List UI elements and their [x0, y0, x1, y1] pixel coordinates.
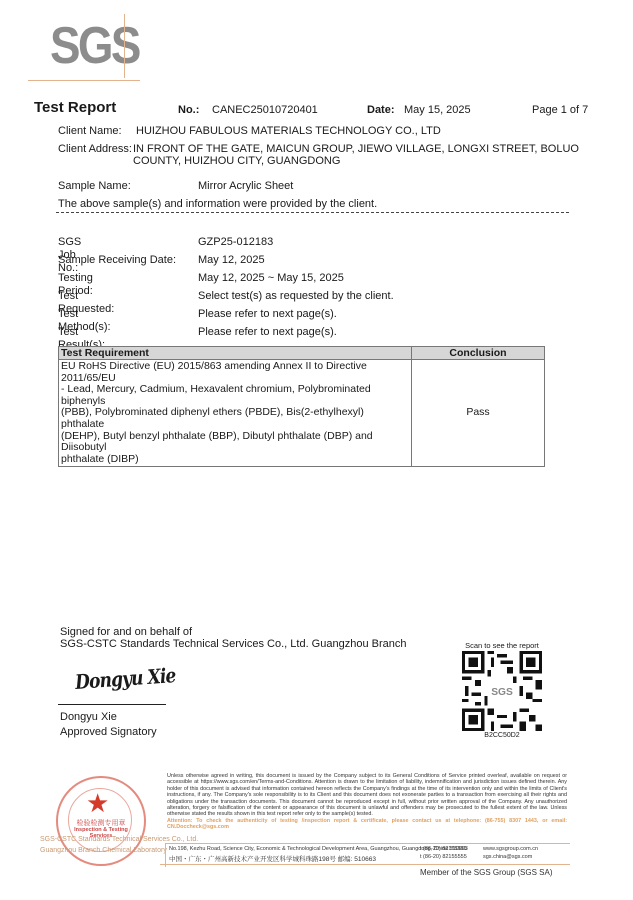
- detail-label: Sample Receiving Date:: [58, 254, 176, 267]
- terms-link[interactable]: https://www.sgs.com/en/Terms-and-Conditi…: [201, 779, 312, 785]
- signing-company: SGS-CSTC Standards Technical Services Co…: [60, 638, 406, 651]
- client-address-line2: COUNTY, HUIZHOU CITY, GUANGDONG: [133, 155, 340, 168]
- footer-divider-bottom: [160, 864, 570, 865]
- report-date-label: Date:: [367, 104, 395, 116]
- stamp-company-line1: SGS-CSTC Standards Technical Services Co…: [40, 836, 198, 843]
- signatory-name: Dongyu Xie: [60, 711, 117, 724]
- detail-value: Please refer to next page(s).: [198, 308, 337, 321]
- logo-accent-line-vertical: [124, 14, 125, 78]
- client-name-label: Client Name:: [58, 125, 122, 138]
- table-row: EU RoHS Directive (EU) 2015/863 amending…: [59, 360, 545, 467]
- footer-divider-top: [165, 843, 570, 844]
- star-icon: ★: [86, 790, 109, 816]
- requirement-line: EU RoHS Directive (EU) 2015/863 amending…: [61, 361, 409, 384]
- requirement-line: - Lead, Mercury, Cadmium, Hexavalent chr…: [61, 384, 409, 407]
- report-no-label: No.:: [178, 104, 199, 116]
- legal-disclaimer: Unless otherwise agreed in writing, this…: [167, 773, 567, 831]
- client-name-value: HUIZHOU FABULOUS MATERIALS TECHNOLOGY CO…: [136, 125, 441, 138]
- detail-value: May 12, 2025 ~ May 15, 2025: [198, 272, 344, 285]
- sgs-logo: SGS: [50, 14, 142, 76]
- requirement-line: (PBB), Polybrominated diphenyl ethers (P…: [61, 407, 409, 430]
- qr-caption: Scan to see the report: [452, 641, 552, 650]
- dashed-divider: [56, 212, 570, 213]
- signature-line: [58, 704, 166, 705]
- footer-website[interactable]: www.sgsgroup.com.cn: [483, 846, 538, 852]
- requirement-line: phthalate (DIBP): [61, 454, 409, 466]
- qr-verification-code: B2CC50D2: [452, 732, 552, 739]
- qr-center-label: SGS: [491, 687, 513, 698]
- stamp-company-line2: Guangzhou Branch Chemical Laboratory: [40, 847, 167, 854]
- detail-value: May 12, 2025: [198, 254, 265, 267]
- requirement-line: (DEHP), Butyl benzyl phthalate (BBP), Di…: [61, 431, 409, 454]
- detail-value: GZP25-012183: [198, 236, 273, 249]
- page-indicator: Page 1 of 7: [532, 104, 588, 116]
- conclusion-cell: Pass: [412, 360, 545, 467]
- authenticity-notice: Attention: To check the authenticity of …: [167, 818, 567, 831]
- requirement-cell: EU RoHS Directive (EU) 2015/863 amending…: [59, 360, 412, 467]
- footer-address-cn: 中国・广东・广州高新技术产业开发区科学城科珠路198号 邮编: 510663: [169, 854, 376, 863]
- results-table: Test Requirement Conclusion EU RoHS Dire…: [58, 346, 545, 467]
- detail-value: Please refer to next page(s).: [198, 326, 337, 339]
- handwritten-signature: Dongyu Xie: [74, 663, 176, 694]
- sample-provided-note: The above sample(s) and information were…: [58, 198, 377, 211]
- client-address-label: Client Address:: [58, 143, 132, 156]
- header-conclusion: Conclusion: [412, 347, 545, 360]
- footer-phone-2: t (86-20) 82155555: [420, 854, 467, 860]
- legal-text-part2: . Attention is drawn to the limitation o…: [167, 779, 567, 817]
- footer-email[interactable]: sgs.china@sgs.com: [483, 854, 532, 860]
- qr-code-icon[interactable]: SGS: [462, 651, 542, 731]
- logo-accent-line: [28, 80, 140, 81]
- sample-name-label: Sample Name:: [58, 180, 131, 193]
- signatory-title: Approved Signatory: [60, 726, 157, 739]
- member-statement: Member of the SGS Group (SGS SA): [420, 868, 553, 877]
- report-no-value: CANEC25010720401: [212, 104, 318, 116]
- footer-phone-1: t (86-20) 82155555: [420, 846, 467, 852]
- detail-value: Select test(s) as requested by the clien…: [198, 290, 394, 303]
- header-test-requirement: Test Requirement: [59, 347, 412, 360]
- report-date-value: May 15, 2025: [404, 104, 471, 116]
- table-header-row: Test Requirement Conclusion: [59, 347, 545, 360]
- report-title: Test Report: [34, 99, 116, 116]
- sgs-logo-text: SGS: [50, 16, 139, 76]
- sample-name-value: Mirror Acrylic Sheet: [198, 180, 293, 193]
